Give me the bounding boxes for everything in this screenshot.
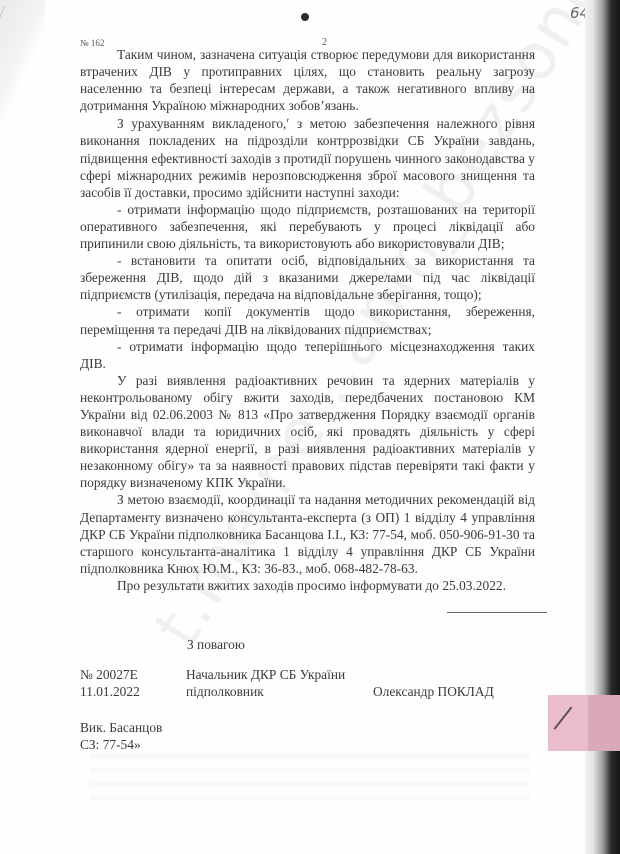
punch-hole-icon xyxy=(301,13,309,21)
sticky-note-flag xyxy=(548,695,588,751)
list-item-document-copies: - отримати копії документів щодо викорис… xyxy=(80,303,535,337)
pen-slash-icon xyxy=(554,707,572,730)
paragraph-request-intro: З урахуванням викладеного,ʹ з метою забе… xyxy=(80,115,535,200)
underline-mark xyxy=(447,612,547,613)
paragraph-situation: Таким чином, зазначена ситуація створює … xyxy=(80,46,535,114)
executor-name: Вик. Басанцов xyxy=(80,719,162,736)
list-item-enterprises-info: - отримати інформацію щодо підприємств, … xyxy=(80,201,535,252)
list-item-current-location: - отримати інформацію щодо теперішнього … xyxy=(80,338,535,372)
signer-title: Начальник ДКР СБ України підполковник xyxy=(186,666,386,700)
signer-name: Олександр ПОКЛАД xyxy=(373,683,494,700)
signer-rank: підполковник xyxy=(186,683,386,700)
list-item-interview-persons: - встановити та опитати осіб, відповідал… xyxy=(80,252,535,303)
paragraph-deadline: Про результати вжитих заходів просимо ін… xyxy=(80,577,535,594)
paragraph-contacts: З метою взаємодії, координації та наданн… xyxy=(80,491,535,576)
show-through-text xyxy=(90,745,530,800)
outgoing-reference: № 20027Е 11.01.2022 xyxy=(80,666,190,700)
closing-regards: З повагою xyxy=(187,637,245,653)
folded-corner-shadow xyxy=(0,0,45,120)
sticky-note-tab xyxy=(588,695,620,751)
document-page: 64 № 162 2 Таким чином, зазначена ситуац… xyxy=(0,0,585,854)
signer-position: Начальник ДКР СБ України xyxy=(186,666,386,683)
outgoing-date: 11.01.2022 xyxy=(80,683,190,700)
outgoing-number: № 20027Е xyxy=(80,666,190,683)
paragraph-detection-procedure: У разі виявлення радіоактивних речовин т… xyxy=(80,372,535,492)
letter-body: Таким чином, зазначена ситуація створює … xyxy=(80,46,535,594)
